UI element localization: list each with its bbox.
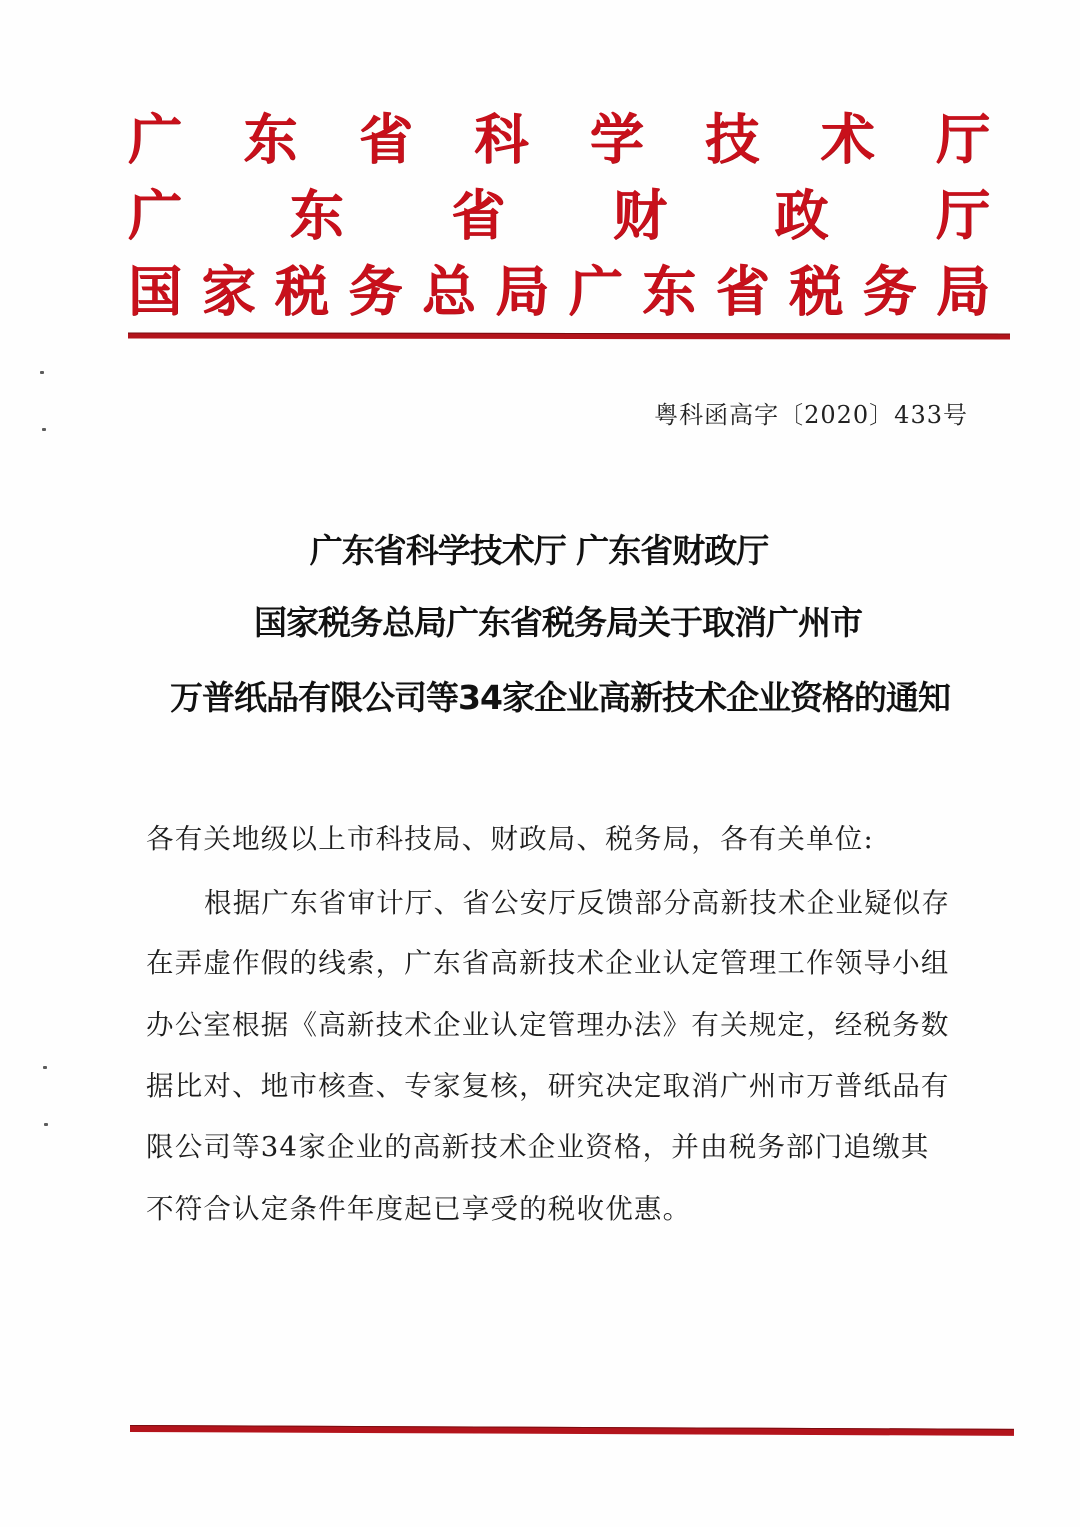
salutation: 各有关地级以上市科技局、财政局、税务局，各有关单位: (146, 816, 976, 856)
scan-speck (40, 371, 44, 374)
masthead-char: 财 (613, 188, 667, 242)
paragraph-line: 限公司等34家企业的高新技术企业资格，并由税务部门追缴其 (146, 1124, 976, 1164)
document-number: 粤科函高字〔2020〕433号 (654, 395, 968, 430)
masthead-line-science-dept: 广 东 省 科 学 技 术 厅 (128, 112, 990, 166)
masthead-char: 厅 (936, 112, 990, 166)
masthead-char: 东 (290, 188, 344, 242)
masthead-char: 省 (716, 264, 770, 318)
title-line-2: 国家税务总局广东省税务局关于取消广州市 (18, 597, 1080, 644)
masthead-char: 总 (422, 264, 476, 318)
paragraph-line: 不符合认定条件年度起已享受的税收优惠。 (146, 1186, 976, 1226)
masthead-char: 税 (789, 264, 843, 318)
masthead-char: 省 (451, 188, 505, 242)
masthead-line-tax-bureau: 国 家 税 务 总 局 广 东 省 税 务 局 (128, 264, 990, 318)
paragraph-line: 在弄虚作假的线索，广东省高新技术企业认定管理工作领导小组 (146, 940, 976, 980)
masthead-char: 术 (821, 112, 875, 166)
masthead-char: 国 (128, 264, 182, 318)
scan-speck (43, 1066, 47, 1069)
masthead-char: 东 (642, 264, 696, 318)
masthead-char: 税 (275, 264, 329, 318)
scan-speck (44, 1123, 48, 1126)
title-line-1: 广东省科学技术厅 广东省财政厅 (0, 525, 1079, 572)
masthead-char: 务 (863, 264, 917, 318)
masthead-char: 家 (201, 264, 255, 318)
masthead-char: 学 (590, 112, 644, 166)
masthead-char: 局 (495, 264, 549, 318)
paragraph-line: 办公室根据《高新技术企业认定管理办法》有关规定，经税务数 (146, 1002, 976, 1042)
paragraph-line: 根据广东省审计厅、省公安厅反馈部分高新技术企业疑似存 (204, 880, 1034, 920)
masthead-char: 广 (128, 112, 182, 166)
title-line-3: 万普纸品有限公司等34家企业高新技术企业资格的通知 (20, 672, 1080, 719)
masthead-char: 技 (705, 112, 759, 166)
masthead-char: 局 (936, 264, 990, 318)
footer-divider (130, 1425, 1014, 1436)
masthead-char: 广 (569, 264, 623, 318)
document-page: 广 东 省 科 学 技 术 厅 广 东 省 财 政 厅 国 家 税 务 总 局 … (0, 0, 1080, 1527)
masthead-char: 东 (243, 112, 297, 166)
masthead-char: 政 (774, 188, 828, 242)
masthead-char: 广 (128, 188, 182, 242)
masthead-char: 务 (348, 264, 402, 318)
scan-speck (42, 428, 46, 431)
masthead-line-finance-dept: 广 东 省 财 政 厅 (128, 188, 990, 242)
paragraph-line: 据比对、地市核查、专家复核，研究决定取消广州市万普纸品有 (146, 1063, 976, 1103)
masthead-char: 厅 (936, 188, 990, 242)
masthead-char: 科 (474, 112, 528, 166)
masthead-divider (128, 333, 1010, 340)
masthead-char: 省 (359, 112, 413, 166)
